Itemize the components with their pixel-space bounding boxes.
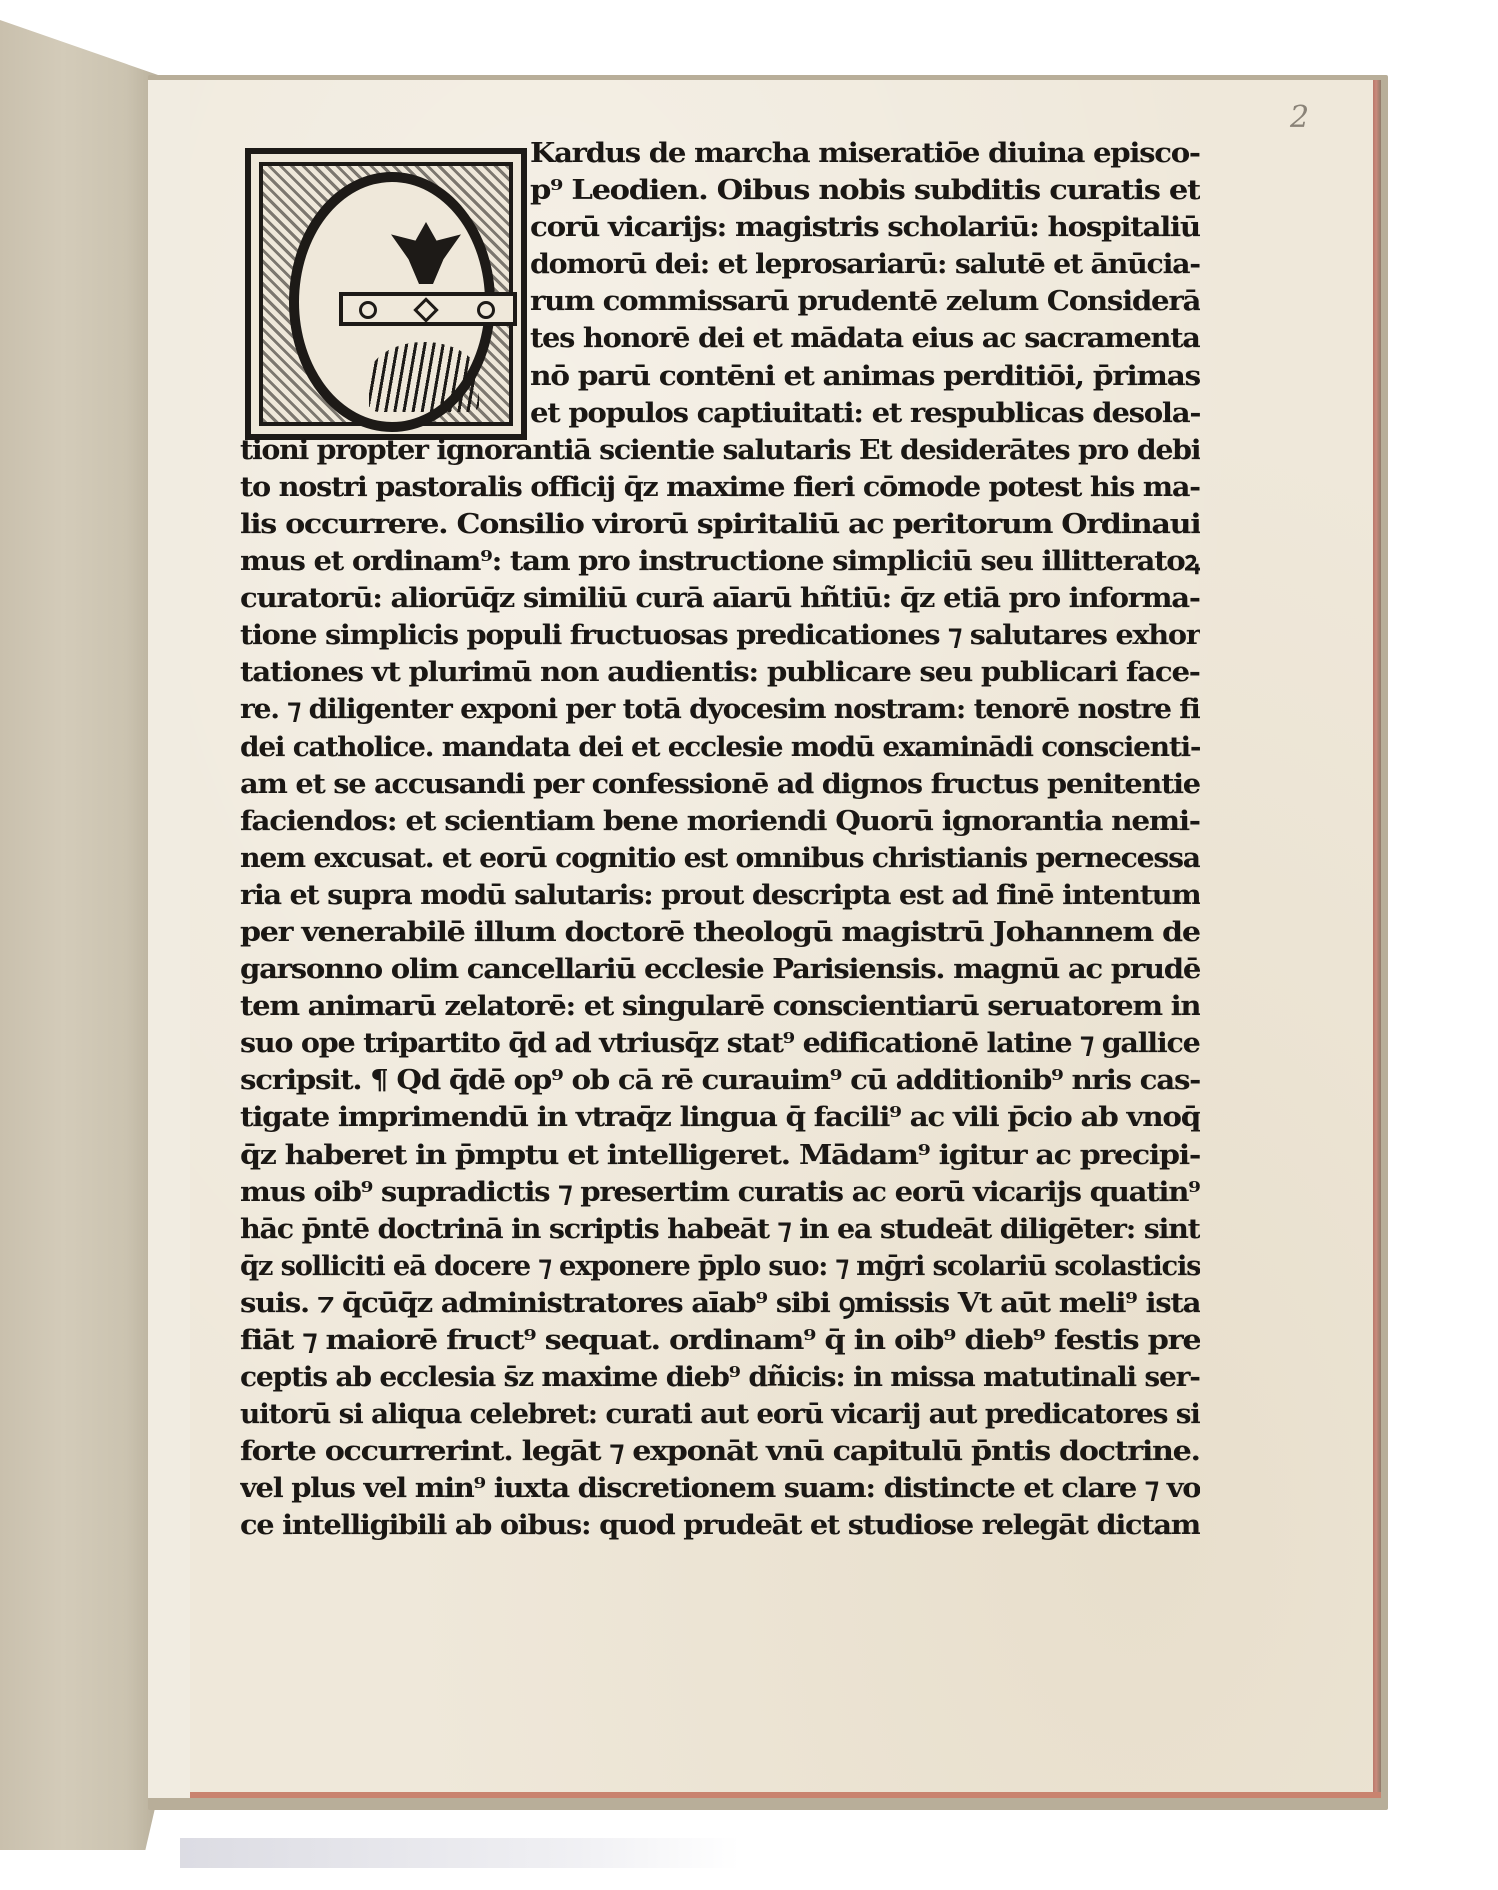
text-line: rum commissarū prudentē zelum Considerā bbox=[240, 283, 1200, 320]
text-line: tione simplicis populi fructuosas predic… bbox=[240, 617, 1200, 654]
text-line: tigate imprimendū in vtraq̄z lingua q̄ f… bbox=[240, 1099, 1200, 1136]
text-line: q̄z solliciti eā docere ⁊ exponere p̄plo… bbox=[240, 1248, 1200, 1285]
text-line: curatorū: aliorūq̄z similiū curā aīarū h… bbox=[240, 580, 1200, 617]
text-line: scripsit. ¶ Qd q̄dē op⁹ ob cā rē curauim… bbox=[240, 1062, 1200, 1099]
text-line: tem animarū zelatorē: et singularē consc… bbox=[240, 988, 1200, 1025]
text-line: ceptis ab ecclesia s̄z maxime dieb⁹ dñic… bbox=[240, 1359, 1200, 1396]
text-line: re. ⁊ diligenter exponi per totā dyocesi… bbox=[240, 691, 1200, 728]
text-line: Kardus de marcha miseratiōe diuina episc… bbox=[240, 135, 1200, 172]
text-line: tioni propter ignorantiā scientie saluta… bbox=[240, 432, 1200, 469]
text-line: corū vicarijs: magistris scholariū: hosp… bbox=[240, 209, 1200, 246]
text-line: fiāt ⁊ maiorē fruct⁹ sequat. ordinam⁹ q̄… bbox=[240, 1322, 1200, 1359]
text-line: forte occurrerint. legāt ⁊ exponāt vnū c… bbox=[240, 1433, 1200, 1470]
text-line: dei catholice. mandata dei et ecclesie m… bbox=[240, 729, 1200, 766]
book-shadow bbox=[180, 1838, 740, 1868]
red-page-edge-right bbox=[1373, 80, 1381, 1798]
text-line: suis. ⁊ q̄cūq̄z administratores aīab⁹ si… bbox=[240, 1285, 1200, 1322]
red-page-edge-bottom bbox=[190, 1792, 1381, 1798]
text-line: mus oib⁹ supradictis ⁊ presertim curatis… bbox=[240, 1174, 1200, 1211]
text-line: domorū dei: et leprosariarū: salutē et ā… bbox=[240, 246, 1200, 283]
text-line: tes honorē dei et mādata eius ac sacrame… bbox=[240, 320, 1200, 357]
text-line: ce intelligibili ab oibus: quod prudeāt … bbox=[240, 1507, 1200, 1544]
text-line: tationes vt plurimū non audientis: publi… bbox=[240, 654, 1200, 691]
text-line: p⁹ Leodien. Oibus nobis subditis curatis… bbox=[240, 172, 1200, 209]
folio-number: 2 bbox=[1290, 100, 1309, 135]
text-line: ria et supra modū salutaris: prout descr… bbox=[240, 877, 1200, 914]
text-line: garsonno olim cancellariū ecclesie Paris… bbox=[240, 951, 1200, 988]
text-line: per venerabilē illum doctorē theologū ma… bbox=[240, 914, 1200, 951]
text-line: mus et ordinam⁹: tam pro instructione si… bbox=[240, 543, 1200, 580]
text-line: hāc p̄ntē doctrinā in scriptis habeāt ⁊ … bbox=[240, 1211, 1200, 1248]
text-line: uitorū si aliqua celebret: curati aut eo… bbox=[240, 1396, 1200, 1433]
text-line: am et se accusandi per confessionē ad di… bbox=[240, 766, 1200, 803]
text-line: q̄z haberet in p̄mptu et intelligeret. M… bbox=[240, 1137, 1200, 1174]
text-line: nō parū contēni et animas perditiōi, p̄r… bbox=[240, 358, 1200, 395]
text-line: faciendos: et scientiam bene moriendi Qu… bbox=[240, 803, 1200, 840]
text-line: suo ope tripartito q̄d ad vtriusq̄z stat… bbox=[240, 1025, 1200, 1062]
text-line: vel plus vel min⁹ iuxta discretionem sua… bbox=[240, 1470, 1200, 1507]
text-line: to nostri pastoralis officij q̄z maxime … bbox=[240, 469, 1200, 506]
flyleaf-stub bbox=[148, 80, 191, 1798]
text-block: Kardus de marcha miseratiōe diuina episc… bbox=[240, 135, 1200, 1545]
text-line: et populos captiuitati: et respublicas d… bbox=[240, 395, 1200, 432]
text-line: nem excusat. et eorū cognitio est omnibu… bbox=[240, 840, 1200, 877]
text-line: lis occurrere. Consilio virorū spiritali… bbox=[240, 506, 1200, 543]
left-binding-board bbox=[0, 20, 158, 1850]
